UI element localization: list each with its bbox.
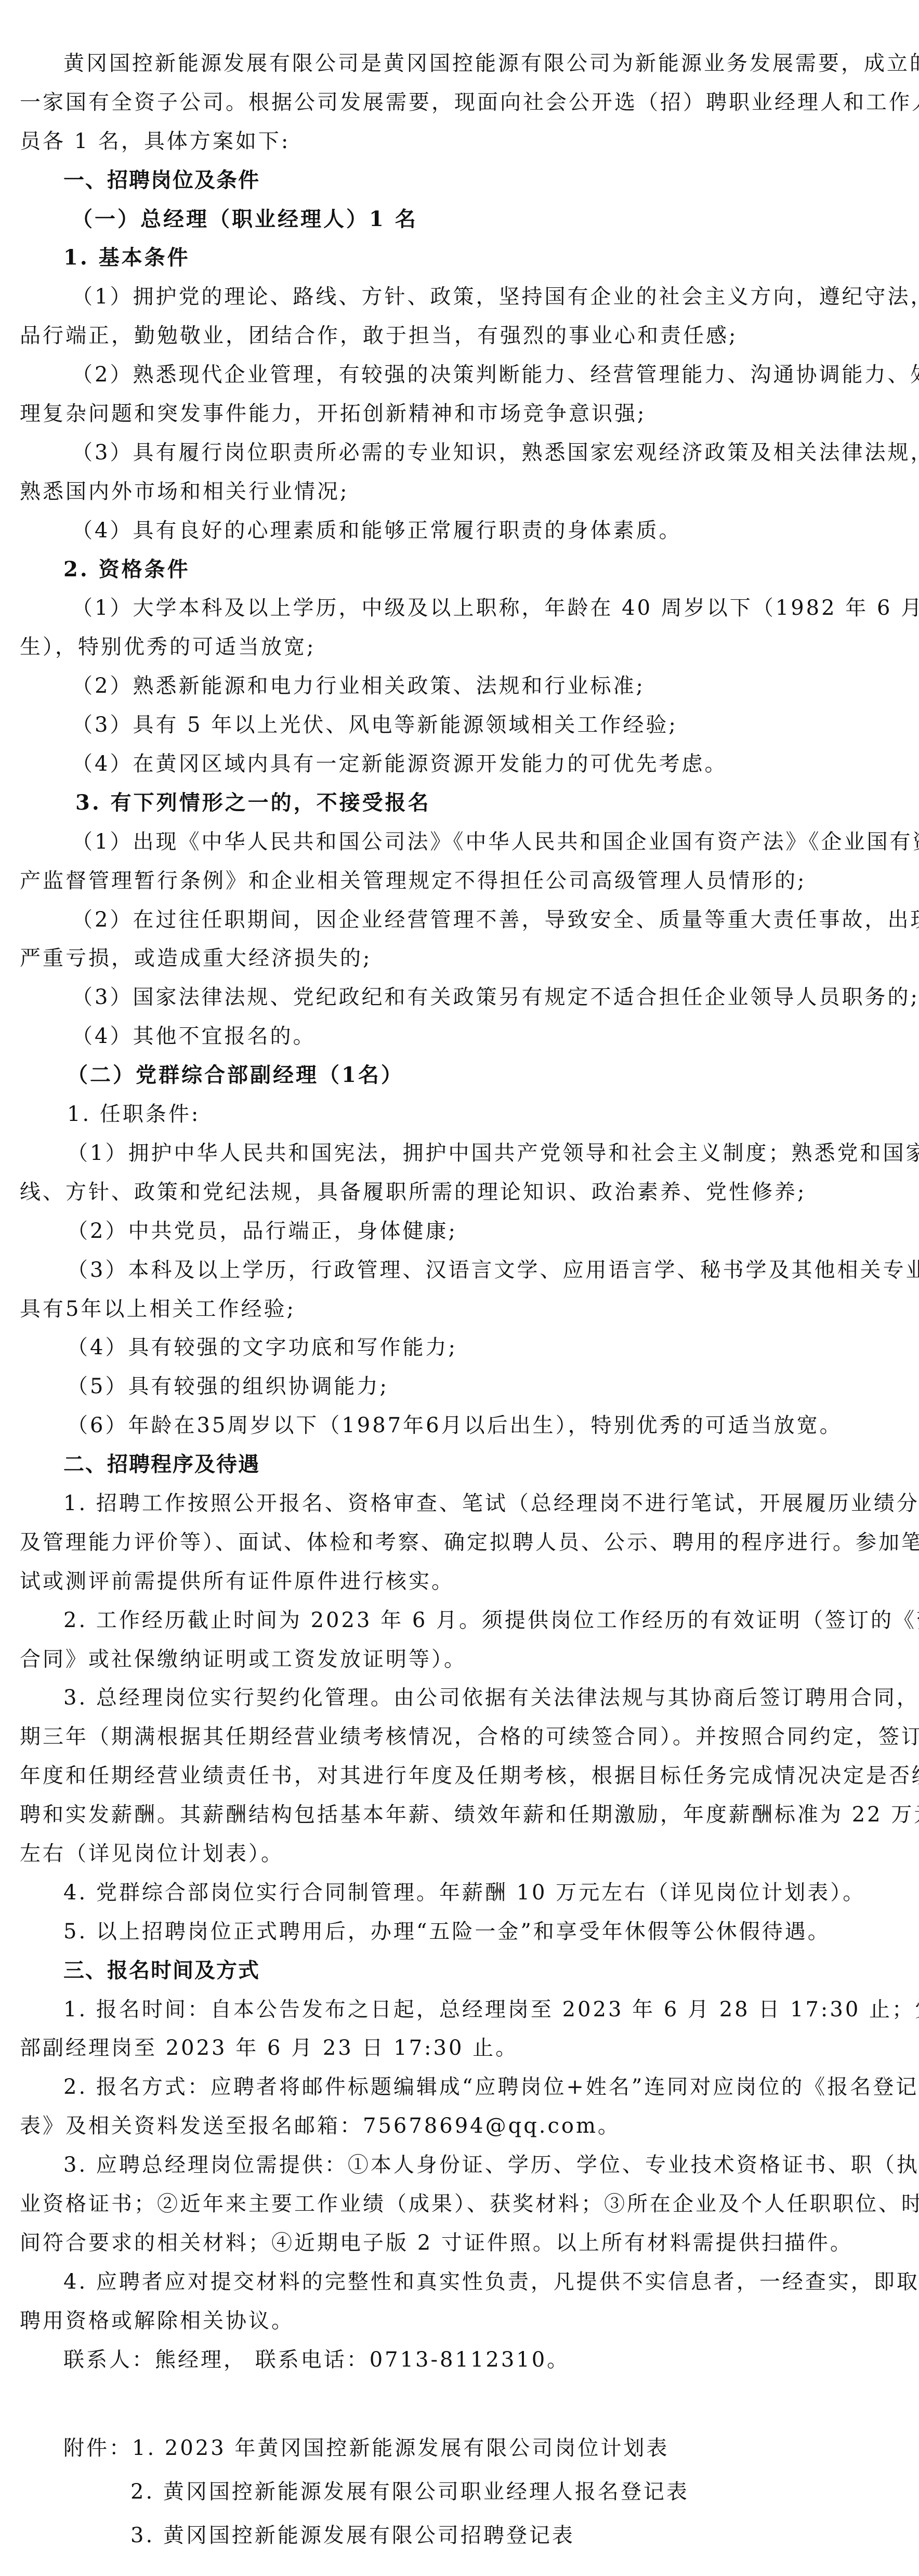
- section-heading-positions: 一、招聘岗位及条件: [20, 165, 900, 204]
- spacer: [20, 2383, 900, 2433]
- requirement-line: 具有5年以上相关工作经验;: [20, 1293, 900, 1332]
- registration-line: 2. 报名方式：应聘者将邮件标题编辑成“应聘岗位+姓名”连同对应岗位的《报名登记: [20, 2071, 900, 2110]
- qualification-line: 生），特别优秀的可适当放宽;: [20, 631, 900, 670]
- requirement-line: （3）本科及以上学历，行政管理、汉语言文学、应用语言学、秘书学及其他相关专业，: [20, 1254, 900, 1293]
- intro-line: 员各 1 名，具体方案如下:: [20, 126, 900, 165]
- requirement-line: 线、方针、政策和党纪法规，具备履职所需的理论知识、政治素养、党性修养;: [20, 1177, 900, 1216]
- procedure-line: 左右（详见岗位计划表）。: [20, 1838, 900, 1877]
- position-heading-party-deputy-manager: （二）党群综合部副经理（1名）: [20, 1060, 900, 1099]
- contact-line: 联系人：熊经理， 联系电话：0713-8112310。: [20, 2344, 900, 2383]
- requirement-line: （1）拥护中华人民共和国宪法，拥护中国共产党领导和社会主义制度；熟悉党和国家路: [20, 1138, 900, 1177]
- condition-line: （1）拥护党的理论、路线、方针、政策，坚持国有企业的社会主义方向，遵纪守法，: [20, 281, 900, 320]
- section-heading-registration: 三、报名时间及方式: [20, 1955, 900, 1994]
- registration-line: 3. 应聘总经理岗位需提供：①本人身份证、学历、学位、专业技术资格证书、职（执）: [20, 2149, 900, 2188]
- attachment-item: 附件：1. 2023 年黄冈国控新能源发展有限公司岗位计划表: [20, 2433, 900, 2476]
- condition-line: 品行端正，勤勉敬业，团结合作，敢于担当，有强烈的事业心和责任感;: [20, 320, 900, 359]
- attachments-label: 附件：: [63, 2436, 132, 2460]
- exclusion-line: 严重亏损，或造成重大经济损失的;: [20, 943, 900, 982]
- subheading-qualifications: 2. 资格条件: [20, 554, 900, 593]
- registration-email-line: 表》及相关资料发送至报名邮箱：75678694@qq.com。: [20, 2110, 900, 2149]
- procedure-line: 合同》或社保缴纳证明或工资发放证明等）。: [20, 1644, 900, 1683]
- qualification-line: （2）熟悉新能源和电力行业相关政策、法规和行业标准;: [20, 670, 900, 709]
- procedure-line: 聘和实发薪酬。其薪酬结构包括基本年薪、绩效年薪和任期激励，年度薪酬标准为 22 …: [20, 1799, 900, 1838]
- condition-line: 理复杂问题和突发事件能力，开拓创新精神和市场竞争意识强;: [20, 398, 900, 437]
- intro-line: 一家国有全资子公司。根据公司发展需要，现面向社会公开选（招）聘职业经理人和工作人: [20, 87, 900, 126]
- subheading-exclusions: 3. 有下列情形之一的，不接受报名: [20, 787, 900, 826]
- requirement-line: （5）具有较强的组织协调能力;: [20, 1371, 900, 1410]
- announcement-document: 黄冈国控新能源发展有限公司是黄冈国控能源有限公司为新能源业务发展需要，成立的 一…: [20, 48, 900, 2564]
- procedure-line: 4. 党群综合部岗位实行合同制管理。年薪酬 10 万元左右（详见岗位计划表）。: [20, 1877, 900, 1916]
- procedure-line: 期三年（期满根据其任期经营业绩考核情况，合格的可续签合同）。并按照合同约定，签订: [20, 1721, 900, 1760]
- procedure-line: 试或测评前需提供所有证件原件进行核实。: [20, 1566, 900, 1605]
- requirement-line: （2）中共党员，品行端正，身体健康;: [20, 1216, 900, 1254]
- procedure-line: 5. 以上招聘岗位正式聘用后，办理“五险一金”和享受年休假等公休假待遇。: [20, 1916, 900, 1955]
- attachment-title: 1. 2023 年黄冈国控新能源发展有限公司岗位计划表: [132, 2436, 669, 2460]
- registration-line: 间符合要求的相关材料；④近期电子版 2 寸证件照。以上所有材料需提供扫描件。: [20, 2227, 900, 2266]
- exclusion-line: 产监督管理暂行条例》和企业相关管理规定不得担任公司高级管理人员情形的;: [20, 865, 900, 904]
- section-heading-procedure: 二、招聘程序及待遇: [20, 1449, 900, 1488]
- procedure-line: 及管理能力评价等）、面试、体检和考察、确定拟聘人员、公示、聘用的程序进行。参加笔: [20, 1527, 900, 1566]
- qualification-line: （4）在黄冈区域内具有一定新能源资源开发能力的可优先考虑。: [20, 748, 900, 787]
- attachment-item: 3. 黄冈国控新能源发展有限公司招聘登记表: [20, 2520, 900, 2564]
- requirement-line: （4）具有较强的文字功底和写作能力;: [20, 1332, 900, 1371]
- requirement-line: （6）年龄在35周岁以下（1987年6月以后出生），特别优秀的可适当放宽。: [20, 1410, 900, 1449]
- subheading-basic-conditions: 1. 基本条件: [20, 242, 900, 281]
- registration-line: 业资格证书；②近年来主要工作业绩（成果）、获奖材料；③所在企业及个人任职职位、时: [20, 2188, 900, 2227]
- subheading-job-requirements: 1. 任职条件:: [20, 1099, 900, 1138]
- intro-line: 黄冈国控新能源发展有限公司是黄冈国控能源有限公司为新能源业务发展需要，成立的: [20, 48, 900, 87]
- qualification-line: （3）具有 5 年以上光伏、风电等新能源领域相关工作经验;: [20, 709, 900, 748]
- procedure-line: 2. 工作经历截止时间为 2023 年 6 月。须提供岗位工作经历的有效证明（签…: [20, 1605, 900, 1644]
- exclusion-line: （1）出现《中华人民共和国公司法》《中华人民共和国企业国有资产法》《企业国有资: [20, 826, 900, 865]
- exclusion-line: （4）其他不宜报名的。: [20, 1021, 900, 1060]
- registration-line: 部副经理岗至 2023 年 6 月 23 日 17:30 止。: [20, 2032, 900, 2071]
- condition-line: （2）熟悉现代企业管理，有较强的决策判断能力、经营管理能力、沟通协调能力、处: [20, 359, 900, 398]
- registration-line: 4. 应聘者应对提交材料的完整性和真实性负责，凡提供不实信息者，一经查实，即取消: [20, 2266, 900, 2305]
- procedure-line: 年度和任期经营业绩责任书，对其进行年度及任期考核，根据目标任务完成情况决定是否续: [20, 1760, 900, 1799]
- procedure-line: 3. 总经理岗位实行契约化管理。由公司依据有关法律法规与其协商后签订聘用合同，聘: [20, 1682, 900, 1721]
- exclusion-line: （3）国家法律法规、党纪政纪和有关政策另有规定不适合担任企业领导人员职务的;: [20, 982, 900, 1021]
- condition-line: （4）具有良好的心理素质和能够正常履行职责的身体素质。: [20, 515, 900, 554]
- registration-line: 1. 报名时间：自本公告发布之日起，总经理岗至 2023 年 6 月 28 日 …: [20, 1994, 900, 2033]
- registration-line: 聘用资格或解除相关协议。: [20, 2305, 900, 2344]
- condition-line: 熟悉国内外市场和相关行业情况;: [20, 476, 900, 515]
- position-heading-general-manager: （一）总经理（职业经理人）1 名: [20, 204, 900, 243]
- attachment-item: 2. 黄冈国控新能源发展有限公司职业经理人报名登记表: [20, 2476, 900, 2520]
- exclusion-line: （2）在过往任职期间，因企业经营管理不善，导致安全、质量等重大责任事故，出现: [20, 904, 900, 943]
- procedure-line: 1. 招聘工作按照公开报名、资格审查、笔试（总经理岗不进行笔试，开展履历业绩分析: [20, 1488, 900, 1527]
- condition-line: （3）具有履行岗位职责所必需的专业知识，熟悉国家宏观经济政策及相关法律法规，: [20, 437, 900, 476]
- qualification-line: （1）大学本科及以上学历，中级及以上职称，年龄在 40 周岁以下（1982 年 …: [20, 592, 900, 631]
